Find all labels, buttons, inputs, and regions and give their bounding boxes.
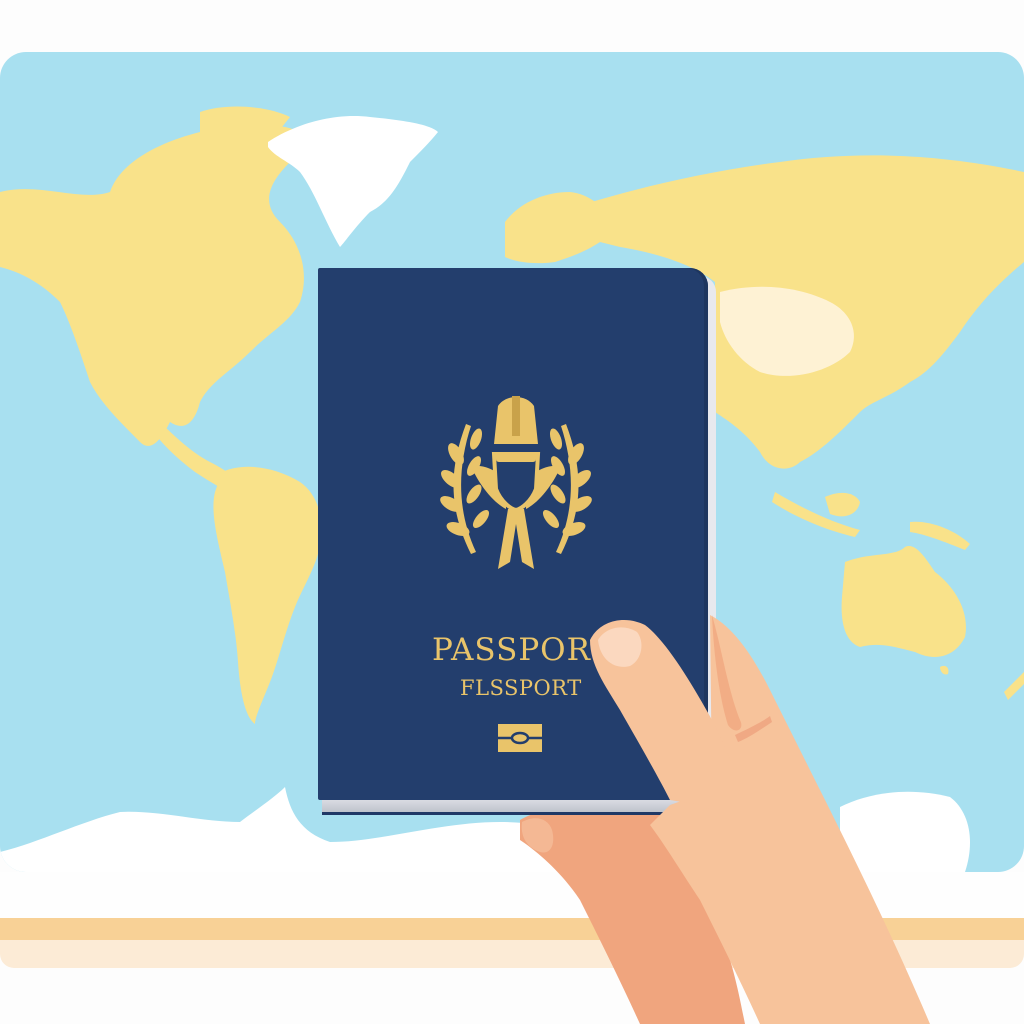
stripe-orange xyxy=(0,918,1024,940)
south-america xyxy=(213,467,322,724)
passport-subtitle: FLSSPORT xyxy=(460,676,582,700)
passport[interactable]: PASSPOR FLSSPORT xyxy=(318,268,710,812)
illustration-scene: PASSPOR FLSSPORT xyxy=(0,0,1024,1024)
bottom-stripes xyxy=(0,872,1024,972)
passport-edge xyxy=(322,800,712,815)
stripe-white xyxy=(0,872,1024,918)
stripe-pale xyxy=(0,940,1024,968)
north-america xyxy=(0,125,304,446)
australia xyxy=(842,546,966,657)
passport-cover: PASSPOR FLSSPORT xyxy=(318,268,708,800)
crest-emblem-icon xyxy=(426,394,606,584)
greenland xyxy=(268,116,438,247)
passport-title: PASSPOR xyxy=(432,632,591,668)
biometric-chip-icon xyxy=(498,724,542,752)
